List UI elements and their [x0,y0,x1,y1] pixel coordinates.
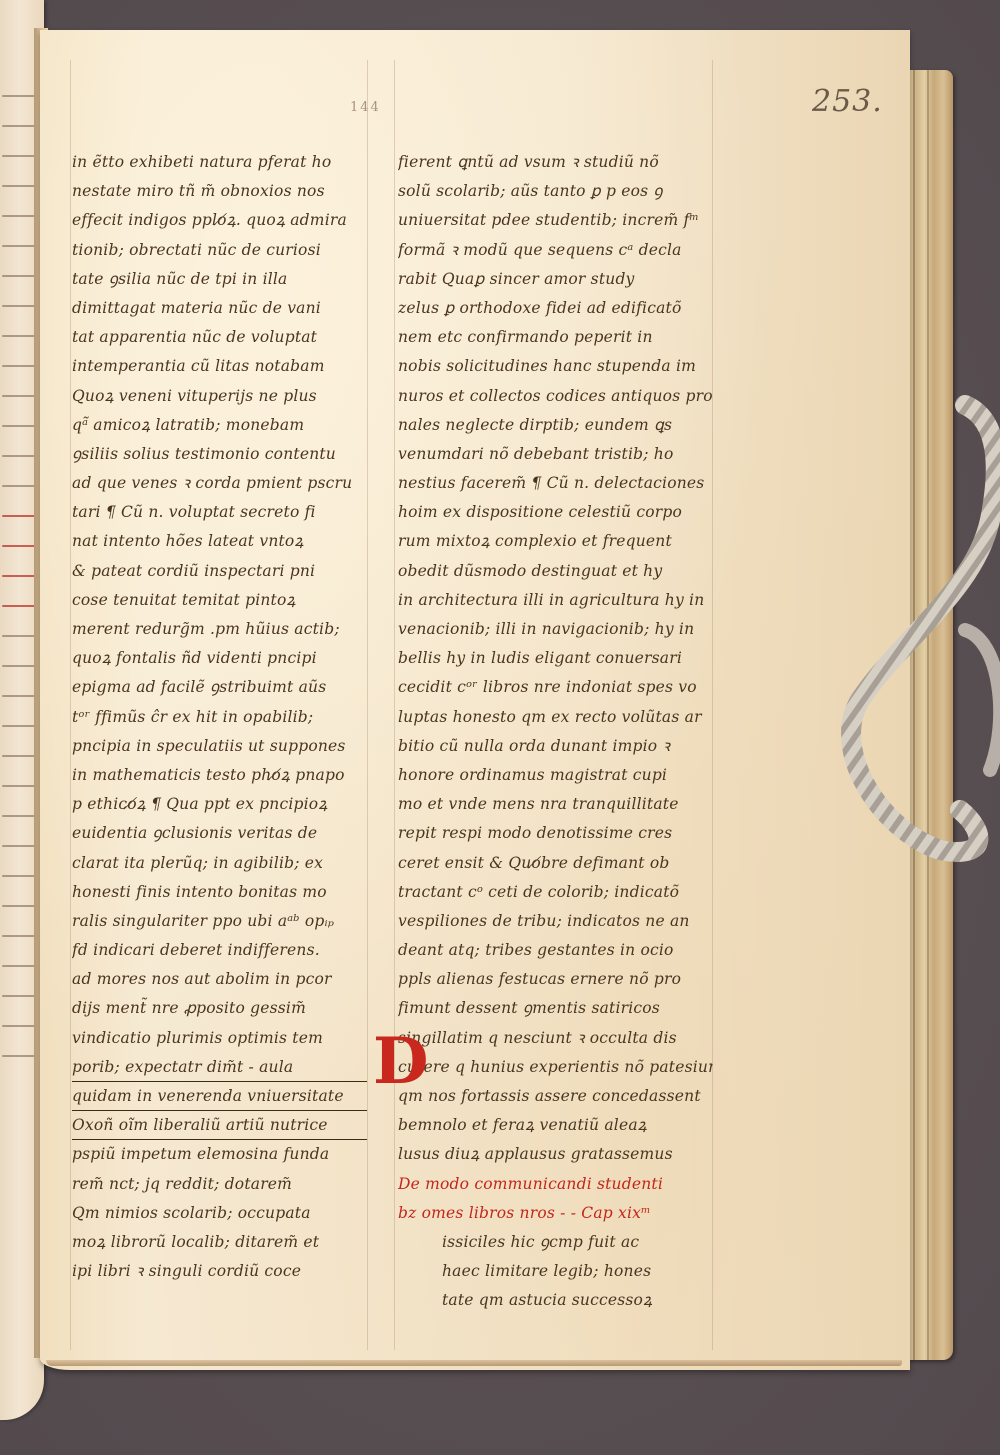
text-line: cecidit cᵒʳ libros nre indoniat spes vo [398,673,713,702]
text-line: tractant cᵒ ceti de colorib; indicatõ [398,878,713,907]
text-line: nat intento hões lateat vntoꝝ [72,527,367,556]
text-line: issiciles hic ꝯcmp fuit ac [398,1228,713,1257]
text-line: fimunt dessent ꝯmentis satiricos [398,994,713,1023]
text-line: quoꝝ fontalis ñd videnti pncipi [72,644,367,673]
text-column-right: fierent ꝗntũ ad vsum ꝛ studiũ nõsolũ sco… [398,148,713,1316]
text-line: tat apparentia nũc de voluptat [72,323,367,352]
text-line: bitio cũ nulla orda dunant impio ꝛ [398,732,713,761]
text-line: in mathematicis testo pho̸ꝝ pnapo [72,761,367,790]
rubric-heading: De modo communicandi studenti [398,1170,713,1199]
text-line: effecit indigos pplo̸ꝝ. quoꝝ admira [72,206,367,235]
text-line: singillatim q nesciunt ꝛ occulta dis [398,1024,713,1053]
text-line: quidam in venerenda vniuersitate [72,1082,367,1111]
text-line: cutere q hunius experientis nõ patesiunt [398,1053,713,1082]
text-line: clarat ita plerũq; in agibilib; ex [72,849,367,878]
text-line: honesti finis intento bonitas mo [72,878,367,907]
rubric-heading: bz omes libros nros ‑ ‑ Cap xixᵐ [398,1199,713,1228]
text-line: mo et vnde mens nra tranquillitate [398,790,713,819]
text-line: qᵃ̃ amicoꝝ latratib; monebam [72,411,367,440]
text-line: p ethico̸ꝝ ¶ Qua ppt ex pncipioꝝ [72,790,367,819]
text-line: vespiliones de tribu; indicatos ne an [398,907,713,936]
text-line: dijs ment̃ nre ꝓposito gessim̃ [72,994,367,1023]
text-line: tari ¶ Cũ n. voluptat secreto fi [72,498,367,527]
text-line: obedit dũsmodo destinguat et hy [398,557,713,586]
text-line: Quoꝝ veneni vituperijs ne plus [72,382,367,411]
text-line: ad que venes ꝛ corda pmient pscru [72,469,367,498]
text-line: deant atq; tribes gestantes in ocio [398,936,713,965]
text-line: Oxoñ oĩm liberaliũ artiũ nutrice [72,1111,367,1140]
text-line: dimittagat materia nũc de vani [72,294,367,323]
text-line: in ẽtto exhibeti natura pferat ho [72,148,367,177]
text-line: vindicatio plurimis optimis tem [72,1024,367,1053]
text-line: nobis solicitudines hanc stupenda im [398,352,713,381]
text-line: ralis singulariter ppo ubi aᵃᵇ opᵢₚ [72,907,367,936]
text-line: repit respi modo denotissime cres [398,819,713,848]
page-bottom-edge [46,1360,902,1366]
fore-edge-stack [905,70,953,1360]
text-line: nestate miro tñ m̃ obnoxios nos [72,177,367,206]
text-line: bemnolo et feraꝝ venatiũ aleaꝝ [398,1111,713,1140]
text-line: in architectura illi in agricultura hy i… [398,586,713,615]
text-line: nem etc confirmando peperit in [398,323,713,352]
text-line: fierent ꝗntũ ad vsum ꝛ studiũ nõ [398,148,713,177]
text-line: rem̃ nct; jq reddit; dotarem̃ [72,1170,367,1199]
text-line: porib; expectatr dim̃t ‑ aula [72,1053,367,1082]
text-column-left: in ẽtto exhibeti natura pferat honestate… [72,148,367,1286]
text-line: rabit Quaꝑ sincer amor study [398,265,713,294]
text-line: moꝝ librorũ localib; ditarem̃ et [72,1228,367,1257]
text-line: formã ꝛ modũ que sequens cᵃ declа [398,236,713,265]
text-line: ipi libri ꝛ singuli cordiũ coce [72,1257,367,1286]
text-line: pspiũ impetum elemosina funda [72,1140,367,1169]
ruling-line [394,60,395,1350]
text-line: epigma ad facilẽ ꝯstribuimt aũs [72,673,367,702]
text-line: euidentia ꝯclusionis veritas de [72,819,367,848]
text-line: & pateat cordiũ inspectari pni [72,557,367,586]
text-line: tᵒʳ ffimũs ĉr ex hit in opabilib; [72,703,367,732]
text-line: rum mixtoꝝ complexio et frequent [398,527,713,556]
text-line: bellis hy in ludis eligant conuersari [398,644,713,673]
text-line: venumdari nõ debebant tristib; ho [398,440,713,469]
text-line: zelus ꝑ orthodoxe fidei ad edificatõ [398,294,713,323]
ruling-line [70,60,71,1350]
text-line: lusus diuꝝ applausus gratassemus [398,1140,713,1169]
text-line: merent redurg̃m .pm hũius actib; [72,615,367,644]
text-line: ceret ensit & Quo̸bre defimant ob [398,849,713,878]
text-line: solũ scolarib; aũs tanto ꝑ p eos ꝯ [398,177,713,206]
text-line: fd indicari deberet indifferens. [72,936,367,965]
text-line: ꝯsiliis solius testimonio contentu [72,440,367,469]
folio-number: 253. [812,84,883,119]
text-line: nestius facerem̃ ¶ Cũ n. delectaciones [398,469,713,498]
text-line: ppls alienas festucas ernere nõ pro [398,965,713,994]
text-line: hoim ex dispositione celestiũ corpo [398,498,713,527]
ruling-line [367,60,368,1350]
text-line: Qm nimios scolarib; occupata [72,1199,367,1228]
text-line: cose tenuitat temitat pintoꝝ [72,586,367,615]
text-line: qm nos fortassis assere concedassent [398,1082,713,1111]
text-line: tionib; obrectati nũc de curiosi [72,236,367,265]
text-line: honore ordinamus magistrat cupi [398,761,713,790]
decorated-initial: D [373,1030,429,1094]
text-line: venacionib; illi in navigacionib; hy in [398,615,713,644]
text-line: pncipia in speculatiis ut suppones [72,732,367,761]
text-line: intemperantia cũ litas notabam [72,352,367,381]
text-line: nuros et collectos codices antiquos pro [398,382,713,411]
old-folio-number: 144 [350,100,381,115]
text-line: luptas honesto qm ex recto volũtas ar [398,703,713,732]
text-line: tate ꝯsilia nũc de tpi in illa [72,265,367,294]
text-line: haec limitare legib; hones [398,1257,713,1286]
text-line: ad mores nos aut abolim in pcor [72,965,367,994]
text-line: uniuersitat pdee studentib; increm̃ fᵐ [398,206,713,235]
text-line: tate qm astucia successoꝝ [398,1286,713,1315]
text-line: nales neglecte dirptib; eundem ꝗs [398,411,713,440]
